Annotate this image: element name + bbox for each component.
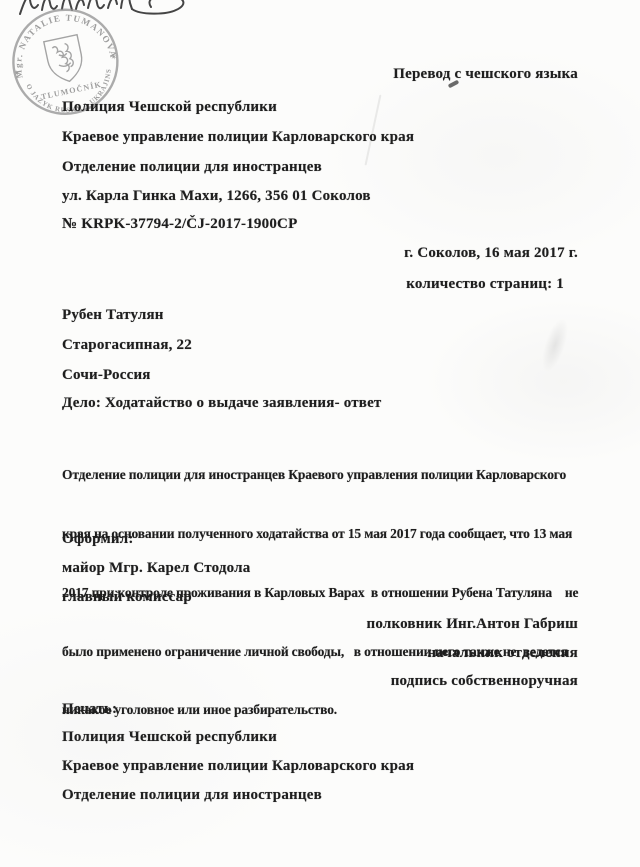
prepared-label: Оформил: — [62, 531, 134, 548]
body-line: Отделение полиции для иностранцев Краево… — [62, 465, 578, 485]
seal-org-line-2: Краевое управление полиции Карловарского… — [62, 758, 414, 775]
place-and-date: г. Соколов, 16 мая 2017 г. — [404, 245, 578, 262]
recipient-street: Старогасипная, 22 — [62, 337, 192, 354]
sender-org-line-2: Краевое управление полиции Карловарского… — [62, 129, 414, 146]
reference-number: № KRPK-37794-2/ČJ-2017-1900CP — [62, 216, 297, 233]
body-line: края на основании полученного ходатайств… — [62, 524, 578, 544]
subject-line: Дело: Ходатайство о выдаче заявления- от… — [62, 395, 382, 412]
signatory-title: начальник отделения — [427, 645, 578, 662]
page-count: количество страниц: 1 — [406, 276, 564, 293]
recipient-city: Сочи-Россия — [62, 367, 151, 384]
scanned-document-page: Mgr. NATALIE TUMANOVA PRO JAZYK RUSKÝ A … — [0, 0, 640, 867]
seal-org-line-3: Отделение полиции для иностранцев — [62, 787, 322, 804]
sender-org-line-1: Полиция Чешской республики — [62, 99, 277, 116]
stamp-text-top: Mgr. NATALIE TUMANOVA — [3, 3, 119, 80]
stamp-shield-emblem — [44, 35, 86, 85]
seal-label: Печать: — [62, 701, 117, 718]
signature-note: подпись собственноручная — [391, 673, 578, 690]
seal-org-line-1: Полиция Чешской республики — [62, 729, 277, 746]
signatory-name: полковник Инг.Антон Габриш — [366, 616, 578, 633]
recipient-name: Рубен Татулян — [62, 307, 164, 324]
translation-note: Перевод с чешского языка — [393, 66, 578, 83]
prepared-officer-name: майор Мгр. Карел Стодола — [62, 560, 250, 577]
sender-org-line-3: Отделение полиции для иностранцев — [62, 159, 322, 176]
prepared-officer-title: главный комиссар — [62, 589, 192, 606]
svg-text:Mgr. NATALIE TUMANOVA: Mgr. NATALIE TUMANOVA — [3, 3, 119, 80]
sender-address: ул. Карла Гинка Махи, 1266, 356 01 Сокол… — [62, 188, 371, 205]
body-line: никакое уголовное или иное разбирательст… — [62, 700, 578, 720]
scan-smudge — [508, 291, 602, 398]
